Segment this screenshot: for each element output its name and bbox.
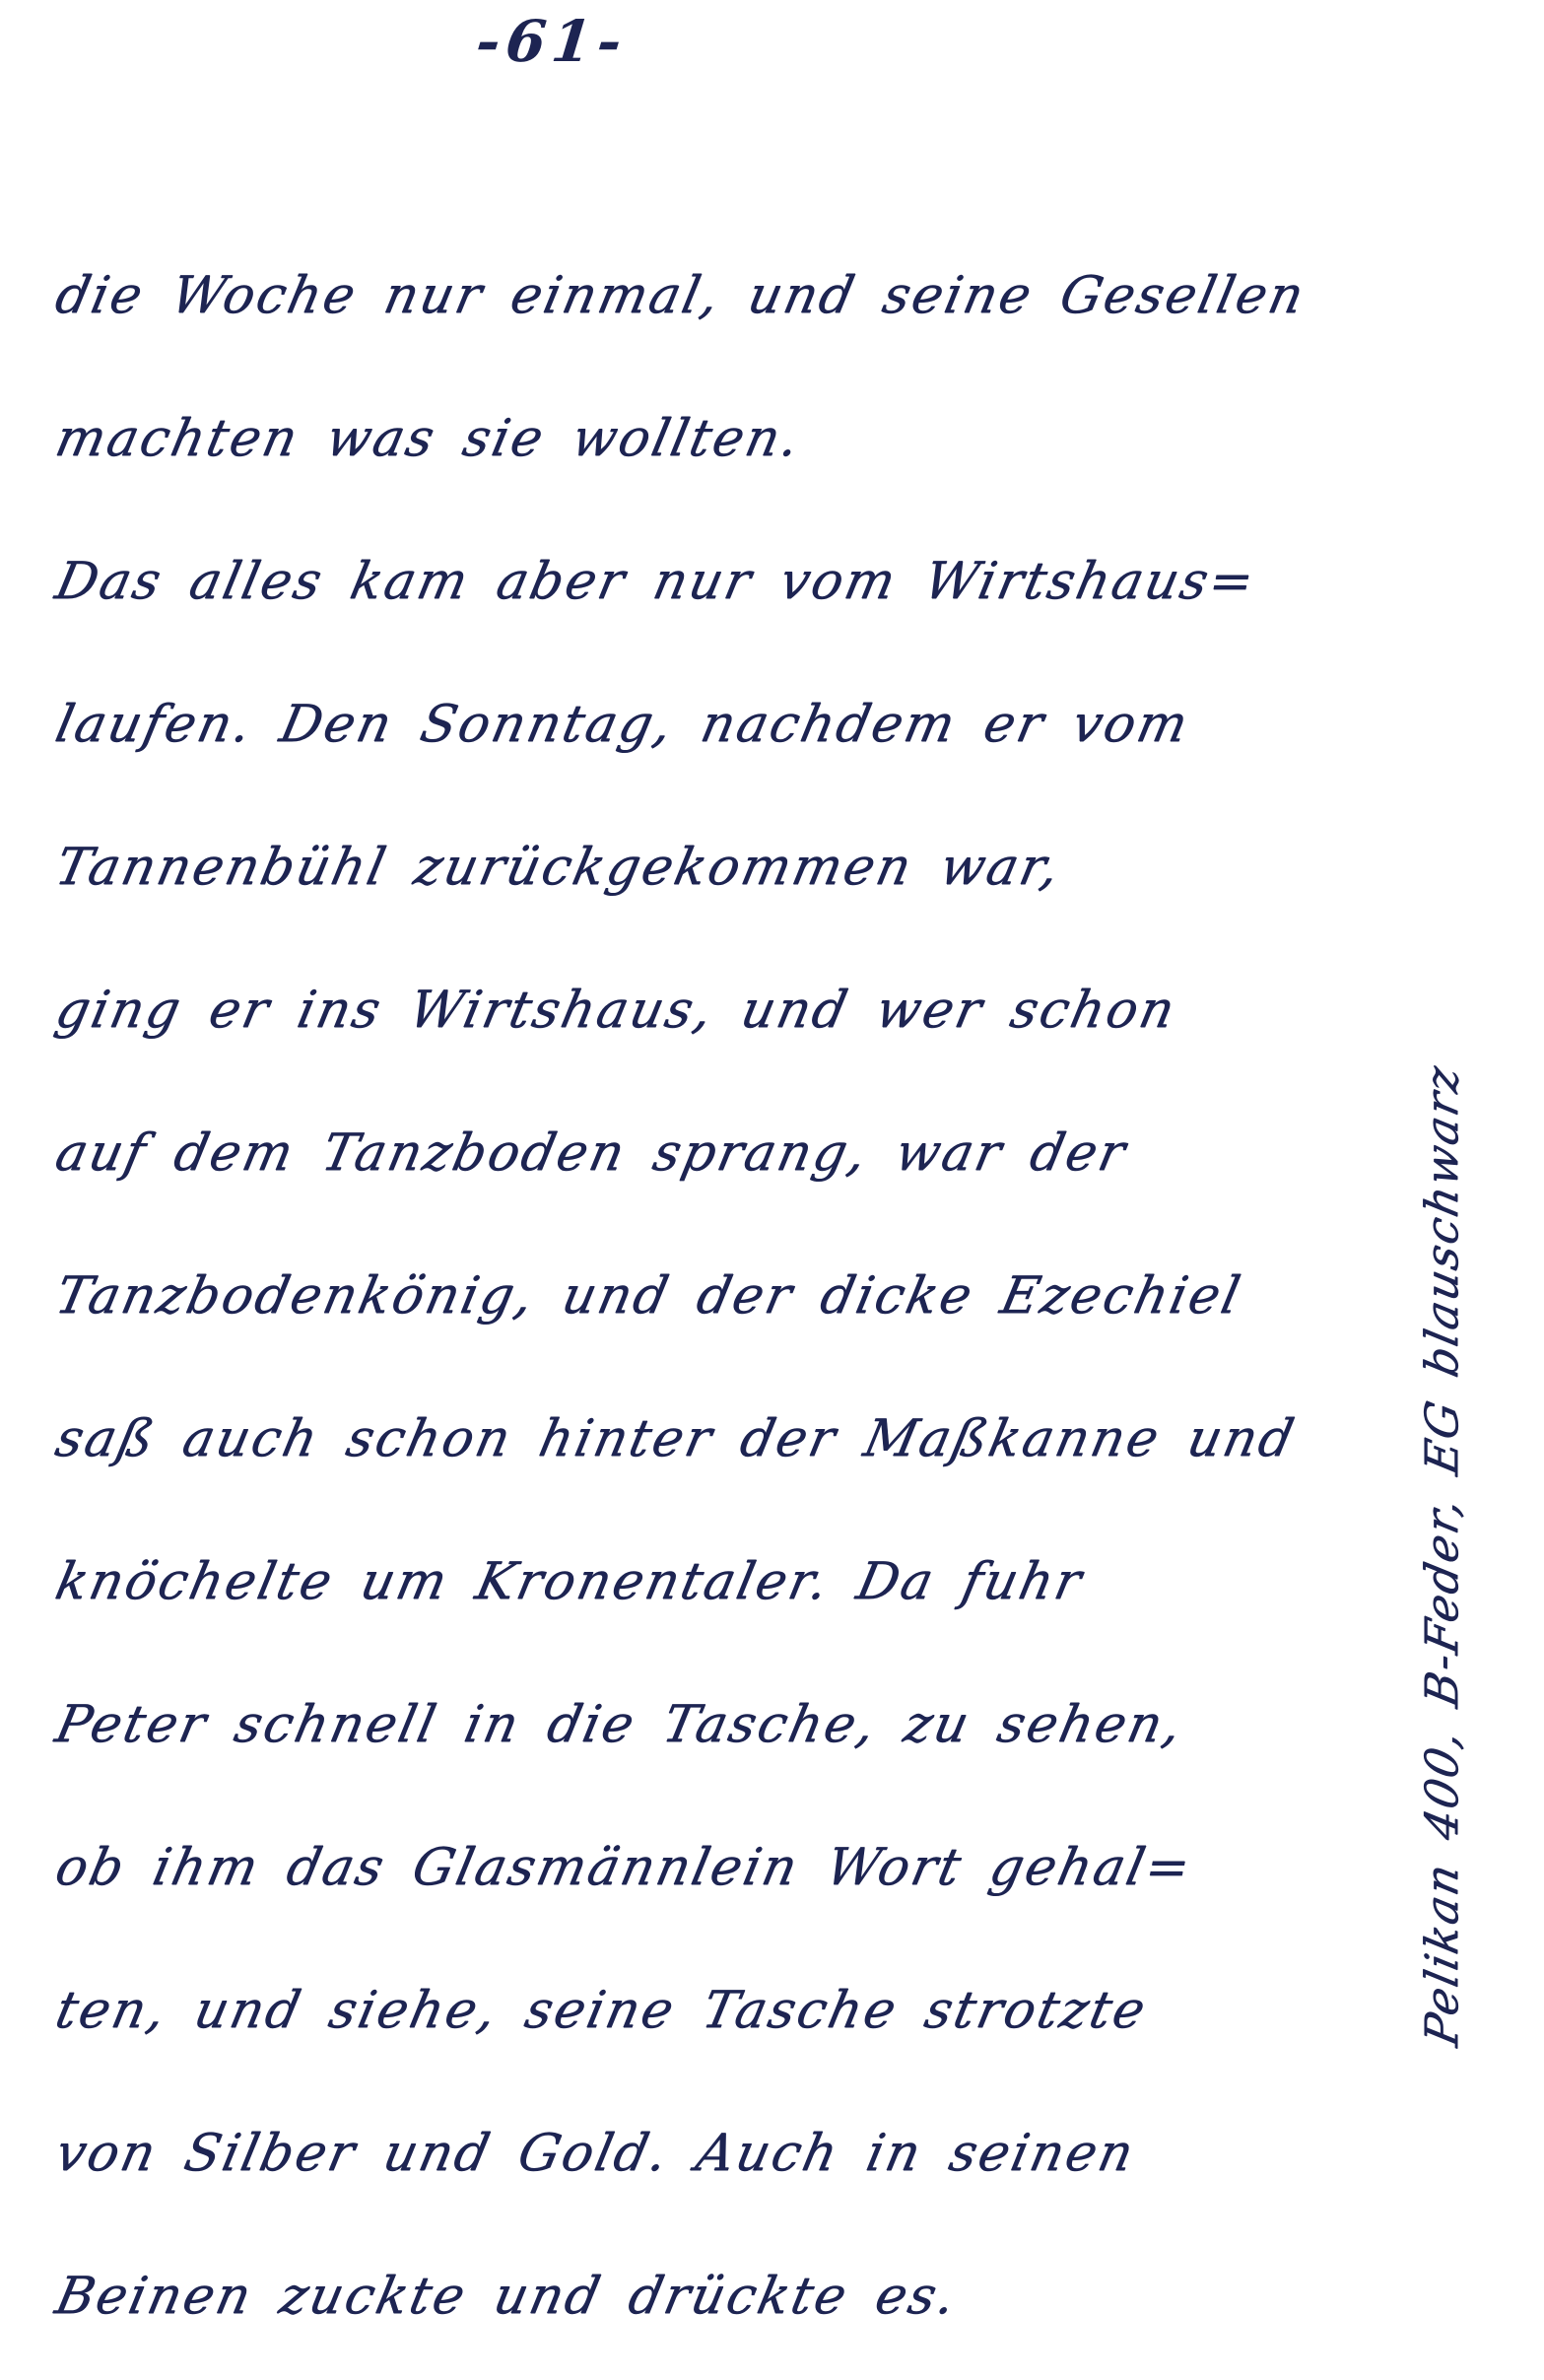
handwritten-line: saß auch schon hinter der Maßkanne und [41,1368,1382,1511]
pen-annotation-vertical: Pelikan 400, B-Feder, EG blauschwarz [1368,705,1515,2045]
handwritten-line: Peter schnell in die Tasche, zu sehen, [41,1654,1382,1797]
handwritten-line: knöchelte um Kronentaler. Da fuhr [41,1511,1382,1654]
manuscript-page: -61- die Woche nur einmal, und seine Ges… [0,0,1544,2380]
handwritten-line: von Silber und Gold. Auch in seinen [41,2082,1382,2225]
handwritten-line: Tannenbühl zurückgekommen war, [41,796,1382,939]
handwritten-line: auf dem Tanzboden sprang, war der [41,1082,1382,1225]
handwritten-line: machten was sie wollten. [41,368,1382,510]
handwritten-line: Beinen zuckte und drückte es. [41,2225,1382,2368]
handwritten-line: die Woche nur einmal, und seine Gesellen [41,225,1382,368]
handwritten-line: Tanzbodenkönig, und der dicke Ezechiel [41,1225,1382,1368]
handwritten-line: laufen. Den Sonntag, nachdem er vom [41,653,1382,796]
handwritten-line: Das alles kam aber nur vom Wirtshaus= [41,510,1382,653]
page-number: -61- [390,8,712,75]
handwritten-text-block: die Woche nur einmal, und seine Gesellen… [41,225,1352,2368]
handwritten-line: ten, und siehe, seine Tasche strotzte [41,1939,1382,2082]
handwritten-line: ob ihm das Glasmännlein Wort gehal= [41,1797,1382,1939]
pen-annotation-text: Pelikan 400, B-Feder, EG blauschwarz [1368,1050,1515,2061]
handwritten-line: ging er ins Wirtshaus, und wer schon [41,939,1382,1082]
